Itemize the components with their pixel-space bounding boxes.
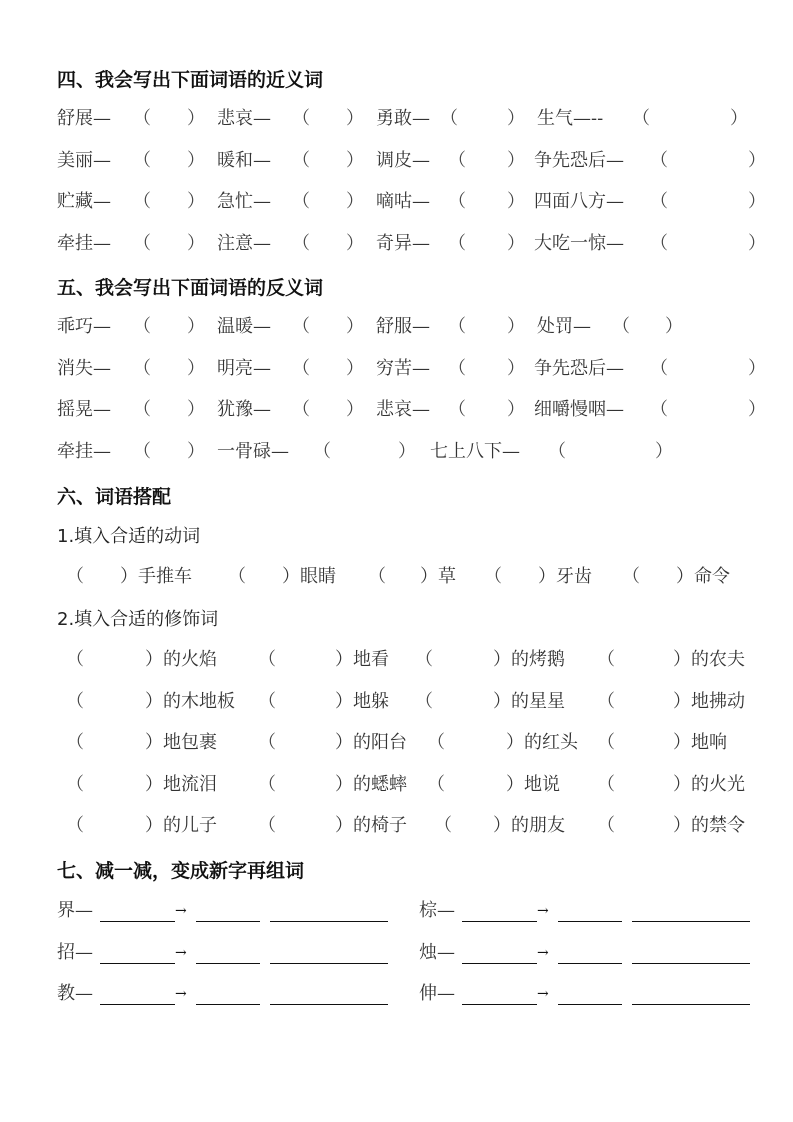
answer-open-paren[interactable]: （ [650,229,668,259]
section-6-title: 六、词语搭配 [57,482,171,509]
source-char: 招— [57,938,93,968]
answer-open-paren[interactable]: （ [612,312,630,342]
new-char-blank[interactable] [558,984,622,1005]
arrow-icon: → [537,938,549,968]
prompt-word: 牵挂— [57,229,111,259]
answer-open-paren[interactable]: （ [66,562,84,592]
prompt-word: 嘀咕— [376,187,430,217]
answer-open-paren[interactable]: （ [484,562,502,592]
answer-open-paren[interactable]: （ [368,562,386,592]
answer-open-paren[interactable]: （ [427,770,445,800]
prompt-word: 摇晃— [57,395,111,425]
answer-open-paren[interactable]: （ [66,770,84,800]
removed-part-blank[interactable] [100,984,175,1005]
prompt-word: 生气—-- [537,104,603,134]
answer-close-paren: ） [346,146,364,176]
answer-close-paren: ） [187,229,205,259]
answer-open-paren[interactable]: （ [133,395,151,425]
answer-open-paren[interactable]: （ [650,354,668,384]
phrase-word: ）的火焰 [145,645,217,675]
new-char-blank[interactable] [196,984,260,1005]
verb-row: （）手推车（）眼睛（）草（）牙齿（）命令 [0,562,793,592]
answer-open-paren[interactable]: （ [622,562,640,592]
new-char-blank[interactable] [196,901,260,922]
answer-open-paren[interactable]: （ [448,187,466,217]
answer-close-paren: ） [507,312,525,342]
modifier-row: （）的火焰（）地看（）的烤鹅（）的农夫 [0,645,793,675]
answer-open-paren[interactable]: （ [292,146,310,176]
answer-open-paren[interactable]: （ [292,312,310,342]
answer-open-paren[interactable]: （ [133,187,151,217]
word-blank[interactable] [632,984,750,1005]
subtract-row: 教—→伸—→ [0,979,793,1009]
prompt-word: 犹豫— [217,395,271,425]
source-char: 伸— [419,979,455,1009]
answer-open-paren[interactable]: （ [258,645,276,675]
answer-open-paren[interactable]: （ [258,770,276,800]
phrase-word: ）地看 [335,645,389,675]
phrase-word: ）地包裹 [145,728,217,758]
word-blank[interactable] [270,943,388,964]
phrase-word: ）的农夫 [673,645,745,675]
prompt-word: 调皮— [376,146,430,176]
answer-open-paren[interactable]: （ [133,312,151,342]
phrase-word: ）的红头 [506,728,578,758]
phrase-word: ）的蟋蟀 [335,770,407,800]
answer-open-paren[interactable]: （ [292,395,310,425]
new-char-blank[interactable] [558,943,622,964]
phrase-word: ）的椅子 [335,811,407,841]
arrow-icon: → [537,896,549,926]
section-6-part-1-title: 1.填入合适的动词 [57,522,200,548]
exercise-row: 牵挂—（）注意—（）奇异—（）大吃一惊—（） [0,229,793,259]
phrase-word: ）的儿子 [145,811,217,841]
answer-open-paren[interactable]: （ [292,229,310,259]
answer-close-paren: ） [187,312,205,342]
exercise-row: 美丽—（）暖和—（）调皮—（）争先恐后—（） [0,146,793,176]
arrow-icon: → [175,979,187,1009]
phrase-word: ）手推车 [120,562,192,592]
prompt-word: 舒展— [57,104,111,134]
answer-open-paren[interactable]: （ [258,811,276,841]
answer-close-paren: ） [346,229,364,259]
prompt-word: 一骨碌— [217,437,289,467]
answer-close-paren: ） [665,312,683,342]
exercise-row: 消失—（）明亮—（）穷苦—（）争先恐后—（） [0,354,793,384]
phrase-word: ）的阳台 [335,728,407,758]
answer-open-paren[interactable]: （ [415,645,433,675]
section-5-title: 五、我会写出下面词语的反义词 [57,273,323,300]
phrase-word: ）地说 [506,770,560,800]
answer-open-paren[interactable]: （ [448,146,466,176]
answer-open-paren[interactable]: （ [415,687,433,717]
answer-open-paren[interactable]: （ [597,645,615,675]
answer-close-paren: ） [187,354,205,384]
answer-open-paren[interactable]: （ [650,187,668,217]
answer-open-paren[interactable]: （ [66,728,84,758]
exercise-row: 摇晃—（）犹豫—（）悲哀—（）细嚼慢咽—（） [0,395,793,425]
prompt-word: 温暖— [217,312,271,342]
prompt-word: 勇敢— [376,104,430,134]
answer-close-paren: ） [655,437,673,467]
phrase-word: ）地响 [673,728,727,758]
prompt-word: 悲哀— [376,395,430,425]
prompt-word: 奇异— [376,229,430,259]
prompt-word: 舒服— [376,312,430,342]
answer-close-paren: ） [748,395,766,425]
answer-close-paren: ） [748,187,766,217]
prompt-word: 贮藏— [57,187,111,217]
subtract-row: 界—→棕—→ [0,896,793,926]
removed-part-blank[interactable] [462,901,537,922]
answer-close-paren: ） [187,104,205,134]
answer-open-paren[interactable]: （ [133,354,151,384]
section-4-title: 四、我会写出下面词语的近义词 [57,65,323,92]
phrase-word: ）命令 [676,562,730,592]
phrase-word: ）的烤鹅 [493,645,565,675]
answer-open-paren[interactable]: （ [258,728,276,758]
answer-close-paren: ） [187,146,205,176]
prompt-word: 四面八方— [534,187,624,217]
section-7-title: 七、减一减，变成新字再组词 [57,856,304,883]
answer-open-paren[interactable]: （ [597,770,615,800]
answer-open-paren[interactable]: （ [650,146,668,176]
answer-open-paren[interactable]: （ [292,104,310,134]
prompt-word: 乖巧— [57,312,111,342]
arrow-icon: → [175,896,187,926]
source-char: 烛— [419,938,455,968]
phrase-word: ）地流泪 [145,770,217,800]
subtract-row: 招—→烛—→ [0,938,793,968]
answer-open-paren[interactable]: （ [440,104,458,134]
answer-close-paren: ） [346,354,364,384]
phrase-word: ）眼睛 [282,562,336,592]
answer-open-paren[interactable]: （ [650,395,668,425]
phrase-word: ）牙齿 [538,562,592,592]
answer-close-paren: ） [187,187,205,217]
source-char: 教— [57,979,93,1009]
phrase-word: ）的木地板 [145,687,235,717]
worksheet-page: 四、我会写出下面词语的近义词舒展—（）悲哀—（）勇敢—（）生气—--（）美丽—（… [0,0,793,1122]
answer-open-paren[interactable]: （ [228,562,246,592]
prompt-word: 大吃一惊— [534,229,624,259]
phrase-word: ）地拂动 [673,687,745,717]
prompt-word: 处罚— [537,312,591,342]
modifier-row: （）地包裹（）的阳台（）的红头（）地响 [0,728,793,758]
word-blank[interactable] [270,901,388,922]
answer-open-paren[interactable]: （ [133,229,151,259]
answer-close-paren: ） [187,395,205,425]
answer-open-paren[interactable]: （ [258,687,276,717]
answer-close-paren: ） [346,312,364,342]
arrow-icon: → [175,938,187,968]
source-char: 界— [57,896,93,926]
answer-open-paren[interactable]: （ [632,104,650,134]
phrase-word: ）的火光 [673,770,745,800]
modifier-row: （）的木地板（）地躲（）的星星（）地拂动 [0,687,793,717]
answer-close-paren: ） [507,229,525,259]
prompt-word: 悲哀— [217,104,271,134]
answer-open-paren[interactable]: （ [292,187,310,217]
new-char-blank[interactable] [558,901,622,922]
answer-open-paren[interactable]: （ [597,728,615,758]
answer-close-paren: ） [398,437,416,467]
prompt-word: 牵挂— [57,437,111,467]
modifier-row: （）地流泪（）的蟋蟀（）地说（）的火光 [0,770,793,800]
answer-open-paren[interactable]: （ [427,728,445,758]
answer-close-paren: ） [507,354,525,384]
answer-open-paren[interactable]: （ [66,645,84,675]
phrase-word: ）地躲 [335,687,389,717]
prompt-word: 美丽— [57,146,111,176]
phrase-word: ）的禁令 [673,811,745,841]
answer-open-paren[interactable]: （ [548,437,566,467]
answer-close-paren: ） [507,395,525,425]
answer-open-paren[interactable]: （ [133,104,151,134]
prompt-word: 急忙— [217,187,271,217]
answer-open-paren[interactable]: （ [448,229,466,259]
exercise-row: 乖巧—（）温暖—（）舒服—（）处罚—（） [0,312,793,342]
answer-close-paren: ） [507,146,525,176]
answer-close-paren: ） [748,354,766,384]
phrase-word: ）的朋友 [493,811,565,841]
answer-close-paren: ） [730,104,748,134]
answer-open-paren[interactable]: （ [597,687,615,717]
answer-open-paren[interactable]: （ [597,811,615,841]
prompt-word: 争先恐后— [534,146,624,176]
prompt-word: 明亮— [217,354,271,384]
answer-close-paren: ） [748,229,766,259]
answer-close-paren: ） [187,437,205,467]
removed-part-blank[interactable] [462,984,537,1005]
answer-open-paren[interactable]: （ [313,437,331,467]
prompt-word: 穷苦— [376,354,430,384]
section-6-part-2-title: 2.填入合适的修饰词 [57,605,218,631]
answer-open-paren[interactable]: （ [292,354,310,384]
modifier-row: （）的儿子（）的椅子（）的朋友（）的禁令 [0,811,793,841]
answer-open-paren[interactable]: （ [448,354,466,384]
removed-part-blank[interactable] [100,901,175,922]
arrow-icon: → [537,979,549,1009]
answer-close-paren: ） [346,187,364,217]
removed-part-blank[interactable] [462,943,537,964]
answer-close-paren: ） [346,104,364,134]
answer-close-paren: ） [346,395,364,425]
answer-close-paren: ） [507,104,525,134]
answer-close-paren: ） [507,187,525,217]
word-blank[interactable] [632,943,750,964]
exercise-row: 舒展—（）悲哀—（）勇敢—（）生气—--（） [0,104,793,134]
answer-open-paren[interactable]: （ [133,146,151,176]
word-blank[interactable] [632,901,750,922]
prompt-word: 注意— [217,229,271,259]
exercise-row: 牵挂—（）一骨碌—（）七上八下—（） [0,437,793,467]
new-char-blank[interactable] [196,943,260,964]
prompt-word: 细嚼慢咽— [534,395,624,425]
prompt-word: 七上八下— [430,437,520,467]
prompt-word: 争先恐后— [534,354,624,384]
answer-open-paren[interactable]: （ [133,437,151,467]
answer-open-paren[interactable]: （ [448,312,466,342]
answer-open-paren[interactable]: （ [66,687,84,717]
answer-open-paren[interactable]: （ [448,395,466,425]
phrase-word: ）的星星 [493,687,565,717]
removed-part-blank[interactable] [100,943,175,964]
exercise-row: 贮藏—（）急忙—（）嘀咕—（）四面八方—（） [0,187,793,217]
source-char: 棕— [419,896,455,926]
answer-open-paren[interactable]: （ [434,811,452,841]
word-blank[interactable] [270,984,388,1005]
prompt-word: 暖和— [217,146,271,176]
phrase-word: ）草 [420,562,456,592]
answer-close-paren: ） [748,146,766,176]
prompt-word: 消失— [57,354,111,384]
answer-open-paren[interactable]: （ [66,811,84,841]
